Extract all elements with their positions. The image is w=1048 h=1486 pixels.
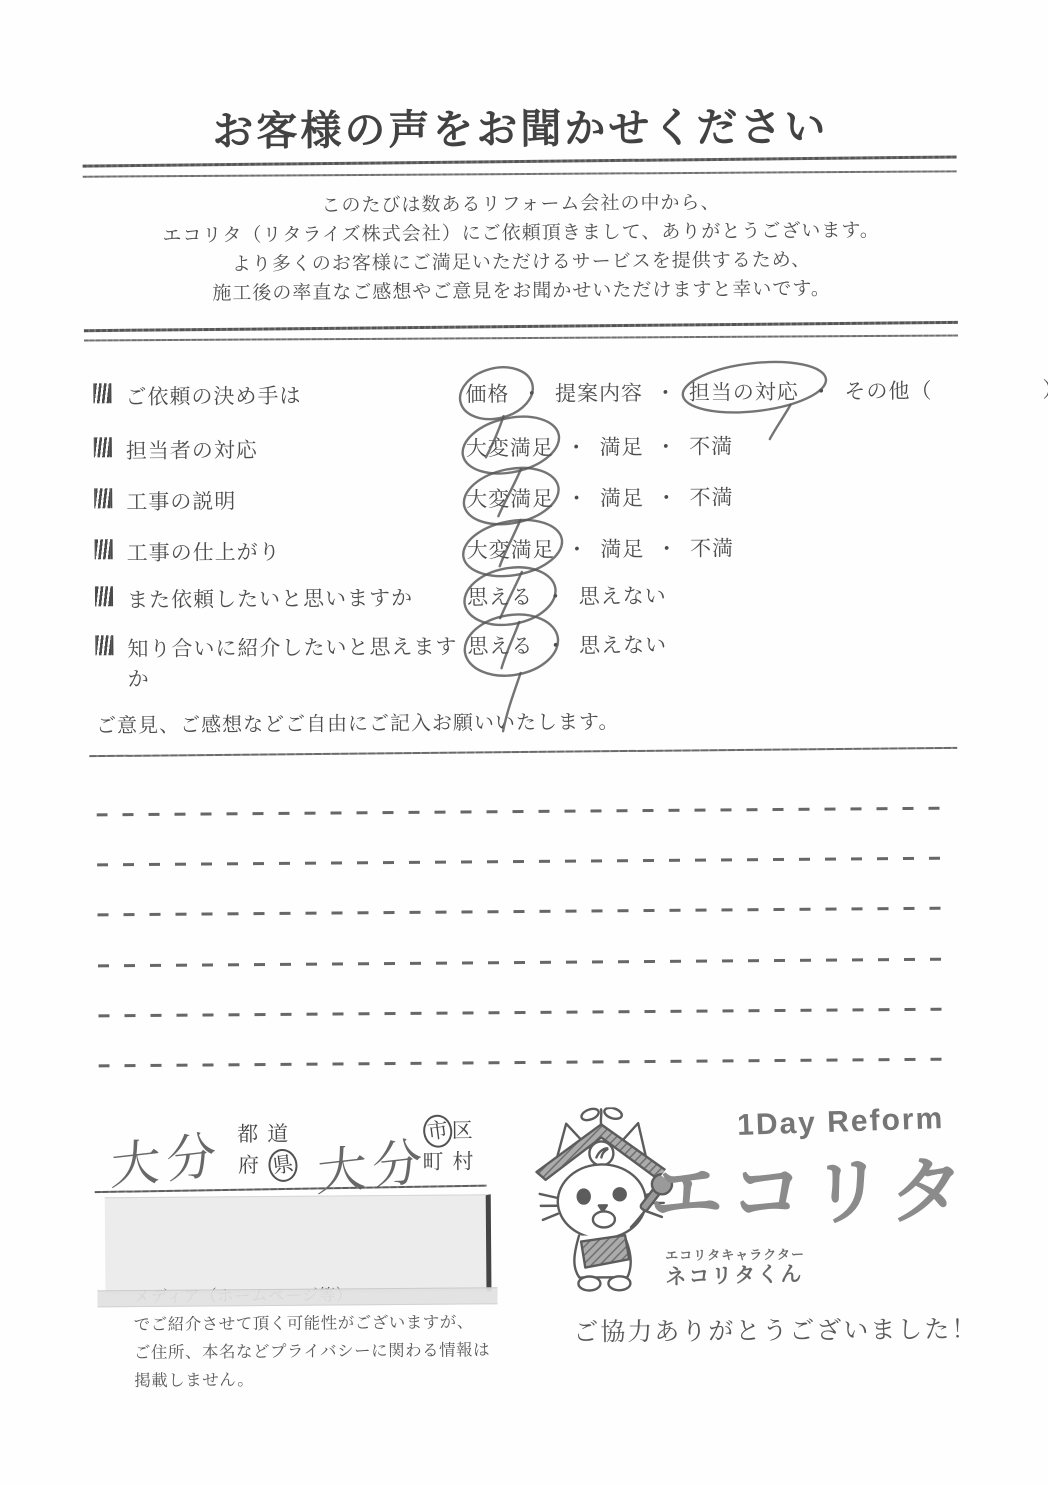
dashed-writing-line	[99, 1058, 955, 1068]
option-staff-response-circled: 担当の対応	[689, 376, 799, 407]
question-options: 大変満足 ・ 満足 ・ 不満	[466, 480, 964, 514]
comment-prompt: ご意見、ご感想などご自由にご記入お願いいたします。	[96, 705, 620, 738]
question-label: 工事の説明	[126, 483, 466, 516]
question-label: 担当者の対応	[126, 432, 466, 465]
striped-square-bullet-icon	[94, 437, 112, 457]
option-no: 思えない	[579, 629, 667, 660]
option-separator: ・	[566, 538, 588, 561]
striped-square-bullet-icon	[95, 539, 113, 559]
prefecture-label: 都道 府県	[237, 1120, 297, 1182]
question-options: 思える ・ 思えない	[467, 627, 965, 661]
striped-square-bullet-icon	[94, 488, 112, 508]
option-satisfied: 満足	[600, 533, 644, 563]
dashed-writing-line	[97, 807, 953, 817]
option-label: その他（ ）	[844, 379, 1048, 404]
option-label: 満足	[600, 538, 644, 561]
question-options: 価格 ・ 提案内容 ・ 担当の対応 ・ その他（ ）	[465, 374, 1048, 409]
option-separator: ・	[655, 436, 677, 459]
question-row-repeat-request: また依頼したいと思いますか 思える ・ 思えない	[95, 578, 965, 615]
dashed-writing-line	[97, 907, 953, 917]
option-label: 思える	[467, 586, 533, 610]
option-label: 満足	[600, 487, 644, 510]
char-ku: 区	[452, 1119, 482, 1142]
option-label: 提案内容	[555, 382, 643, 406]
option-separator: ・	[566, 487, 588, 510]
option-yes-circled: 思える	[467, 581, 533, 612]
option-very-satisfied-circled: 大変満足	[467, 534, 555, 565]
option-dissatisfied: 不満	[689, 481, 733, 511]
handwritten-prefecture-value: 大分	[110, 1114, 223, 1199]
option-separator: ・	[811, 381, 833, 404]
option-separator: ・	[545, 635, 567, 658]
option-separator: ・	[655, 382, 677, 405]
option-other: その他（ ）	[844, 374, 1048, 406]
char-ken-circled: 県	[266, 1147, 299, 1183]
privacy-line: 掲載しません。	[134, 1364, 490, 1395]
option-label: 担当の対応	[689, 381, 799, 405]
option-separator: ・	[656, 538, 678, 561]
option-label: 大変満足	[466, 488, 554, 512]
redacted-area	[105, 1194, 492, 1294]
question-row-staff-response: 担当者の対応 大変満足 ・ 満足 ・ 不満	[94, 429, 964, 466]
question-row-work-explanation: 工事の説明 大変満足 ・ 満足 ・ 不満	[94, 480, 964, 517]
question-options: 大変満足 ・ 満足 ・ 不満	[466, 429, 964, 463]
question-options: 大変満足 ・ 満足 ・ 不満	[467, 531, 965, 565]
paper-sheet: お客様の声をお聞かせください このたびは数あるリフォーム会社の中から、 エコリタ…	[0, 0, 1048, 1486]
option-very-satisfied-circled: 大変満足	[466, 432, 554, 463]
option-satisfied: 満足	[600, 482, 644, 512]
redaction-strip	[97, 1287, 497, 1307]
question-row-work-finish: 工事の仕上がり 大変満足 ・ 満足 ・ 不満	[95, 531, 965, 568]
char-to: 都	[237, 1123, 267, 1146]
option-separator: ・	[656, 487, 678, 510]
divider-line	[84, 334, 958, 341]
dashed-writing-line	[98, 1008, 954, 1018]
city-label-row: 町村	[422, 1147, 482, 1176]
scanned-feedback-form: お客様の声をお聞かせください このたびは数あるリフォーム会社の中から、 エコリタ…	[0, 0, 1048, 1486]
char-son: 村	[452, 1150, 482, 1173]
option-no: 思えない	[579, 580, 667, 611]
option-dissatisfied: 不満	[690, 532, 734, 562]
prefecture-label-row: 都道	[237, 1120, 297, 1149]
prefecture-label-row: 府県	[237, 1149, 297, 1182]
divider-line	[83, 170, 957, 177]
brand-logo-ecorita: エコリタ	[648, 1133, 971, 1242]
char-dou: 道	[267, 1123, 297, 1146]
option-label: 価格	[465, 383, 509, 406]
option-separator: ・	[545, 586, 567, 609]
option-very-satisfied-circled: 大変満足	[466, 483, 554, 514]
handwritten-city-value: 大分	[316, 1121, 429, 1206]
option-label: 大変満足	[466, 437, 554, 461]
option-label: 不満	[690, 537, 734, 560]
question-row-recommend: 知り合いに紹介したいと思えますか 思える ・ 思えない	[95, 627, 965, 694]
question-row-decision-factor: ご依頼の決め手は 価格 ・ 提案内容 ・ 担当の対応 ・ その他（ ）	[93, 375, 963, 412]
option-label: 満足	[599, 436, 643, 459]
char-fu: 府	[238, 1154, 268, 1177]
option-label: 思える	[467, 635, 533, 659]
city-label: 市区 町村	[422, 1114, 482, 1176]
question-label: また依頼したいと思いますか	[127, 581, 467, 614]
striped-square-bullet-icon	[93, 383, 111, 403]
question-label: 工事の仕上がり	[127, 534, 467, 567]
thanks-message: ご協力ありがとうございました！	[561, 1309, 991, 1348]
option-separator: ・	[566, 436, 588, 459]
intro-paragraph: このたびは数あるリフォーム会社の中から、 エコリタ（リタライズ株式会社）にご依頼…	[0, 186, 1046, 310]
mascot-caption: ネコリタくん	[665, 1258, 804, 1291]
page-title: お客様の声をお聞かせください	[0, 92, 1045, 159]
striped-square-bullet-icon	[95, 586, 113, 606]
option-label: 思えない	[579, 585, 667, 609]
char-chou: 町	[422, 1151, 452, 1174]
option-satisfied: 満足	[599, 431, 643, 461]
divider-line	[84, 321, 958, 332]
option-yes-circled: 思える	[467, 630, 533, 661]
option-dissatisfied: 不満	[689, 430, 733, 460]
privacy-line: でご紹介させて頂く可能性がございますが、	[134, 1308, 490, 1339]
option-separator: ・	[521, 383, 543, 406]
option-price-circled: 価格	[465, 378, 509, 408]
option-label: 思えない	[579, 634, 667, 658]
city-label-row: 市区	[422, 1114, 482, 1147]
option-label: 不満	[689, 435, 733, 458]
option-label: 大変満足	[467, 539, 555, 563]
striped-square-bullet-icon	[95, 635, 113, 655]
char-shi-circled: 市	[421, 1113, 454, 1149]
privacy-line: ご住所、本名などプライバシーに関わる情報は	[134, 1336, 490, 1367]
question-label: ご依頼の決め手は	[125, 378, 465, 411]
comment-area-top-line	[89, 747, 957, 757]
question-label: 知り合いに紹介したいと思えますか	[127, 630, 467, 693]
dashed-writing-line	[98, 958, 954, 968]
option-label: 不満	[690, 486, 734, 509]
option-proposal: 提案内容	[555, 377, 643, 408]
dashed-writing-line	[97, 857, 953, 867]
question-options: 思える ・ 思えない	[467, 578, 965, 612]
